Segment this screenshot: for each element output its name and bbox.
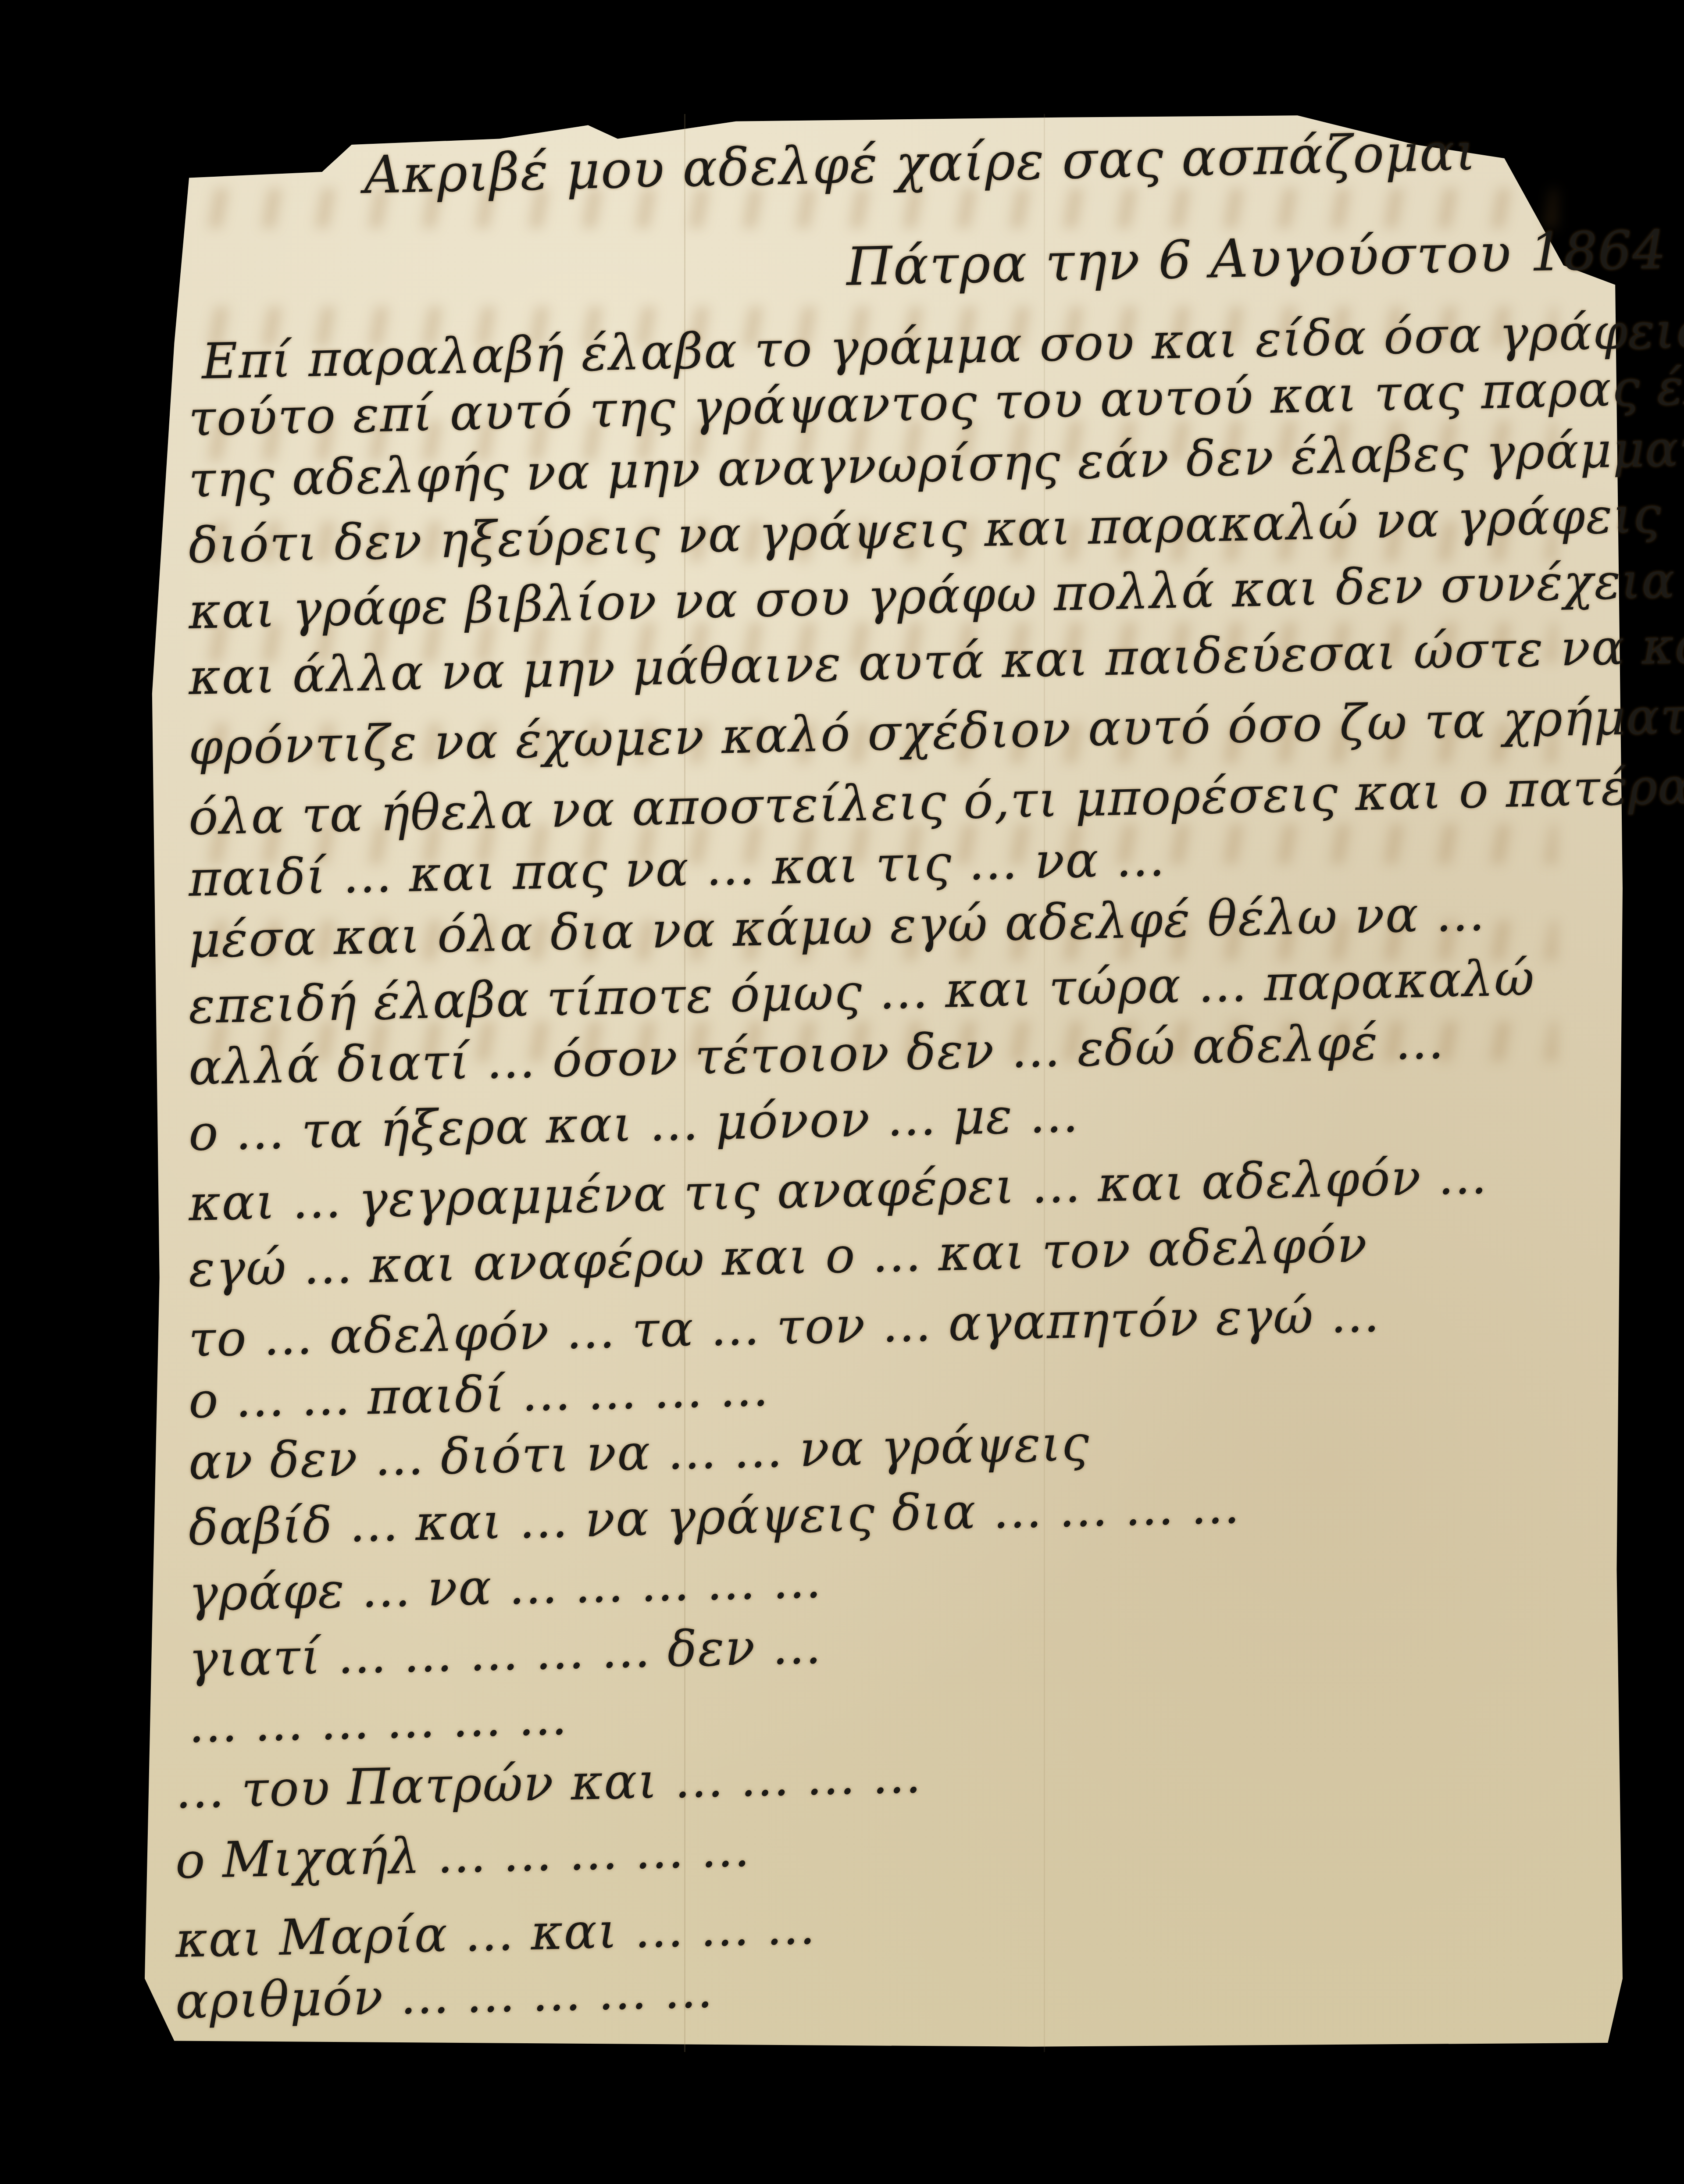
body-line: αριθμόν ... ... ... ... ... xyxy=(175,1962,714,2030)
body-line: ο ... ... παιδί ... ... ... ... xyxy=(188,1360,770,1429)
body-line: ο Μιχαήλ ... ... ... ... ... xyxy=(175,1821,751,1890)
body-line: ... ... ... ... ... ... xyxy=(188,1689,568,1754)
